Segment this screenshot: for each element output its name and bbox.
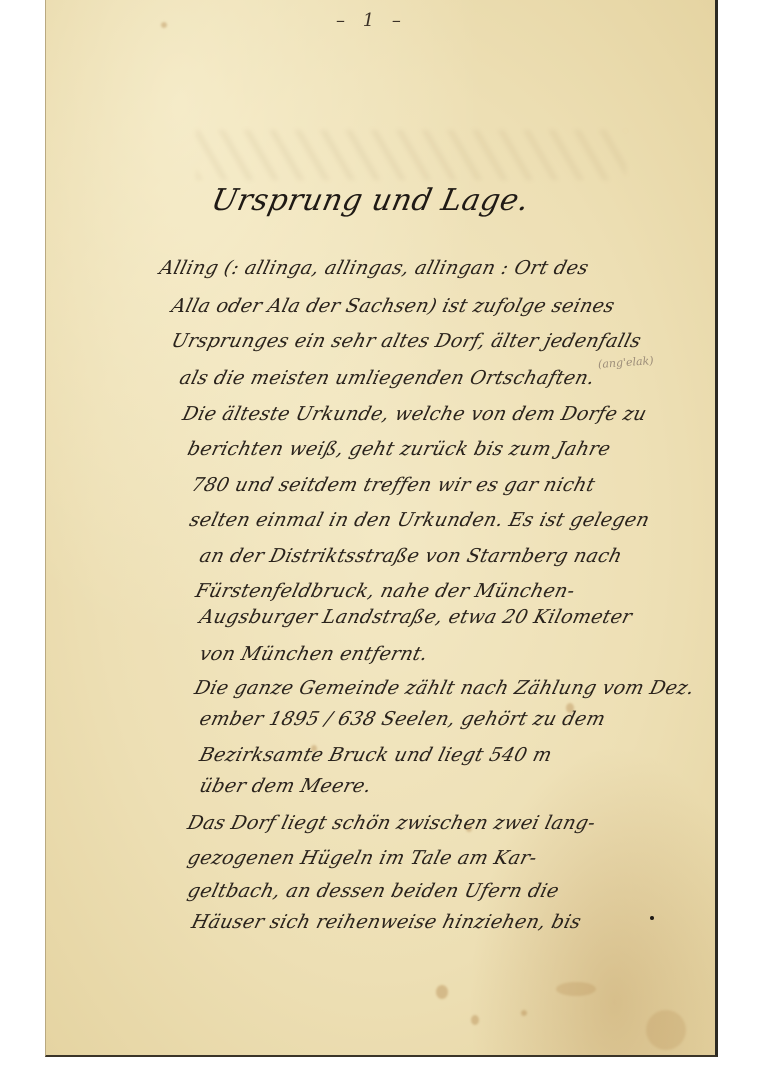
text-line: Fürstenfeldbruck, nahe der München- xyxy=(193,580,577,602)
ink-dot xyxy=(650,916,654,920)
foxing-stain xyxy=(646,1010,686,1050)
text-line: geltbach, an dessen beiden Ufern die xyxy=(185,880,561,902)
text-line: Augsburger Landstraße, etwa 20 Kilometer xyxy=(197,606,634,628)
text-line: Alling (: allinga, allingas, allingan : … xyxy=(157,257,591,279)
text-line: als die meisten umliegenden Ortschaften. xyxy=(177,367,597,389)
text-line: Bezirksamte Bruck und liegt 540 m xyxy=(197,744,554,766)
text-line: ember 1895 / 638 Seelen, gehört zu dem xyxy=(197,708,608,730)
foxing-stain xyxy=(521,1010,527,1016)
text-line: berichten weiß, geht zurück bis zum Jahr… xyxy=(185,438,613,460)
text-line: Häuser sich reihenweise hinziehen, bis xyxy=(189,911,583,933)
text-line: gezogenen Hügeln im Tale am Kar- xyxy=(185,847,539,869)
text-line: Das Dorf liegt schön zwischen zwei lang- xyxy=(185,812,598,834)
text-line: über dem Meere. xyxy=(197,775,374,797)
foxing-stain xyxy=(436,985,448,999)
text-line: von München entfernt. xyxy=(197,643,430,665)
foxing-stain xyxy=(471,1015,479,1025)
foxing-stain xyxy=(161,22,167,28)
foxing-stain xyxy=(556,982,596,996)
section-title: Ursprung und Lage. xyxy=(208,183,532,218)
text-line: Die älteste Urkunde, welche von dem Dorf… xyxy=(180,403,649,425)
text-line: selten einmal in den Urkunden. Es ist ge… xyxy=(187,509,652,531)
text-line: Alla oder Ala der Sachsen) ist zufolge s… xyxy=(169,295,617,317)
ink-bleed-through xyxy=(196,130,626,180)
text-line: Ursprunges ein sehr altes Dorf, älter je… xyxy=(169,330,643,352)
text-line: Die ganze Gemeinde zählt nach Zählung vo… xyxy=(192,677,696,699)
page-number: – 1 – xyxy=(336,10,407,31)
text-line: 780 und seitdem treffen wir es gar nicht xyxy=(189,474,597,496)
text-line: an der Distriktsstraße von Starnberg nac… xyxy=(197,545,624,567)
